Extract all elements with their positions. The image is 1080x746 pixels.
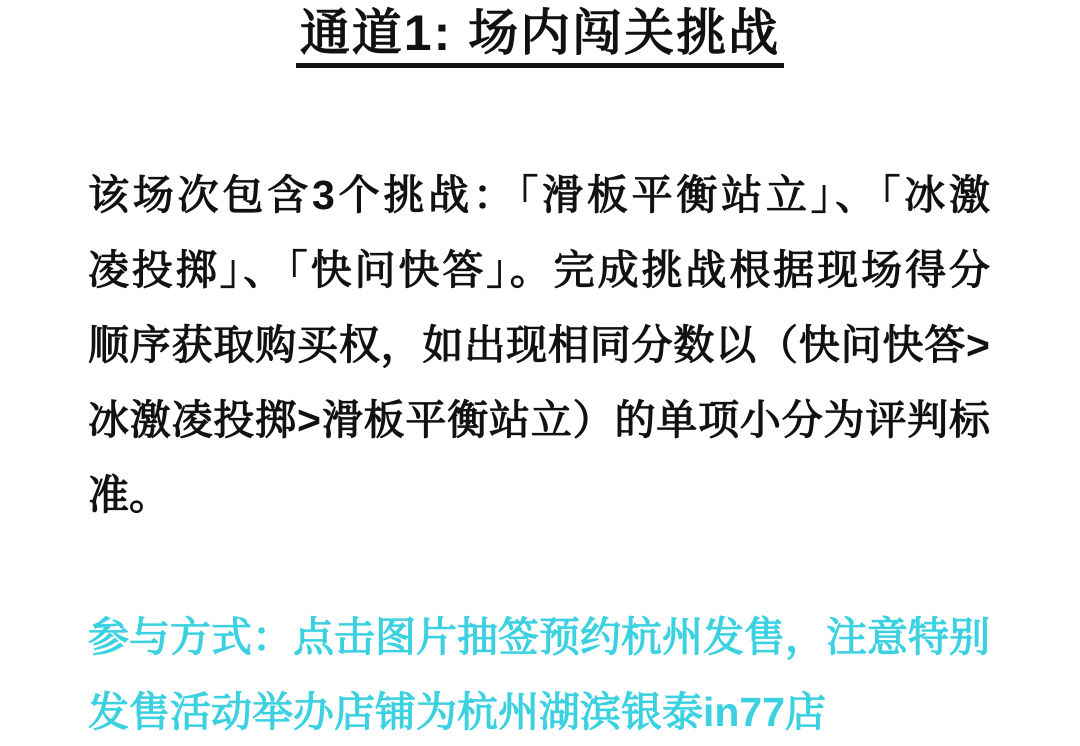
page-title-text: 通道1: 场内闯关挑战 bbox=[296, 6, 784, 68]
page-title: 通道1: 场内闯关挑战 bbox=[0, 0, 1080, 68]
body-line: 准。 bbox=[88, 458, 990, 533]
highlight-paragraph: 参与方式：点击图片抽签预约杭州发售，注意特别 发售活动举办店铺为杭州湖滨银泰in… bbox=[88, 600, 990, 746]
body-paragraph: 该场次包含3个挑战：「滑板平衡站立」、「冰激 凌投掷」、「快问快答」。完成挑战根… bbox=[88, 158, 990, 533]
article-page: 通道1: 场内闯关挑战 该场次包含3个挑战：「滑板平衡站立」、「冰激 凌投掷」、… bbox=[0, 0, 1080, 746]
highlight-line: 发售活动举办店铺为杭州湖滨银泰in77店 bbox=[88, 675, 990, 746]
body-line: 顺序获取购买权，如出现相同分数以（快问快答> bbox=[88, 308, 990, 383]
highlight-line: 参与方式：点击图片抽签预约杭州发售，注意特别 bbox=[88, 600, 990, 675]
body-line: 冰激凌投掷>滑板平衡站立）的单项小分为评判标 bbox=[88, 383, 990, 458]
body-line: 凌投掷」、「快问快答」。完成挑战根据现场得分 bbox=[88, 233, 990, 308]
body-line: 该场次包含3个挑战：「滑板平衡站立」、「冰激 bbox=[88, 158, 990, 233]
